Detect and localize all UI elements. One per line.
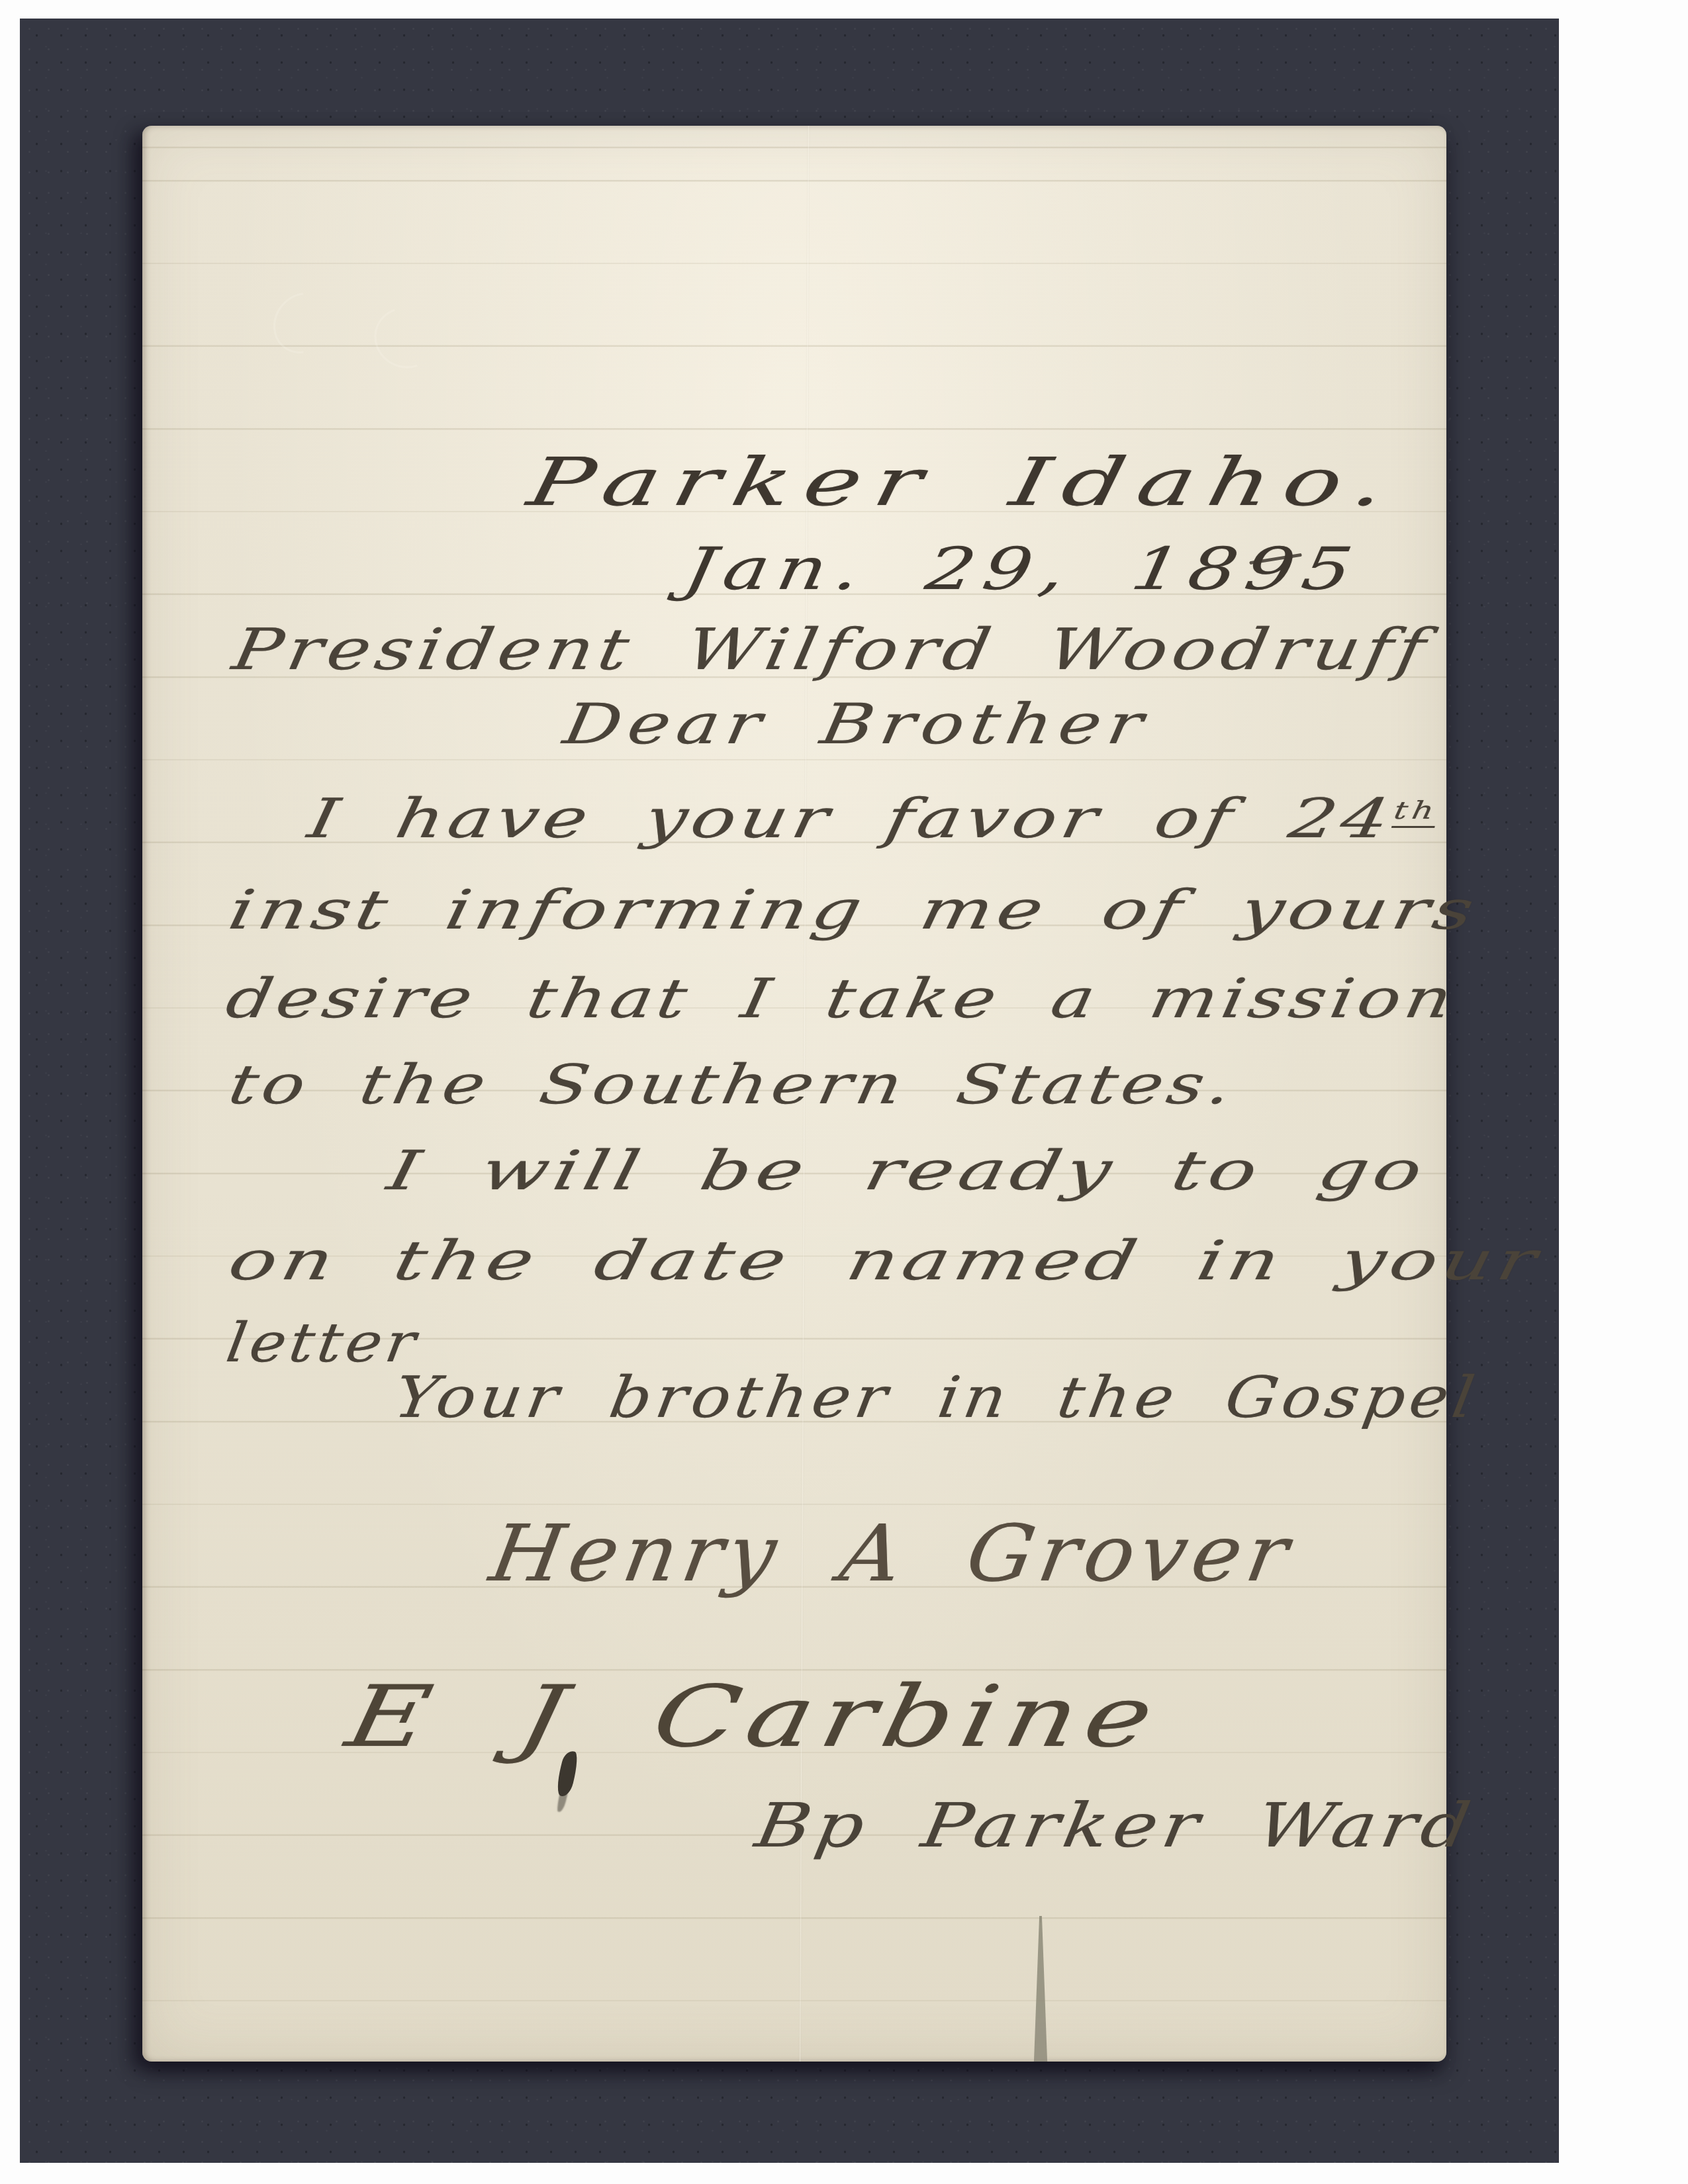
letter-line-addressee: President Wilford Woodruff [228, 617, 1435, 683]
letter-line-body: letter [222, 1312, 424, 1375]
superscript-th: th [1391, 796, 1440, 828]
letter-line-salutation: Dear Brother [559, 692, 1154, 756]
signature-e-j-carbine: E J Carbine [339, 1668, 1170, 1766]
letter-paper: Parker Idaho. Jan. 29, 1895 President Wi… [142, 126, 1446, 2062]
mat-background: Parker Idaho. Jan. 29, 1895 President Wi… [20, 19, 1559, 2163]
signature-henry-a-grover: Henry A Grover [484, 1508, 1300, 1599]
letter-line-body: desire that I take a mission [221, 968, 1461, 1030]
letter-line-date: Jan. 29, 1895 [679, 535, 1366, 603]
letter-line-body-text: I have your favor of 24 [303, 788, 1399, 850]
emboss-mark [275, 278, 473, 364]
letter-line-location: Parker Idaho. [522, 443, 1405, 521]
stain-streak [1033, 1916, 1049, 2062]
letter-line-body: inst informing me of yours [224, 879, 1483, 942]
scan-frame: Parker Idaho. Jan. 29, 1895 President Wi… [0, 0, 1688, 2184]
letter-line-body: to the Southern States. [224, 1054, 1241, 1116]
letter-line-body: on the date named in your [223, 1230, 1546, 1293]
letter-line-closing: Your brother in the Gospel [390, 1365, 1483, 1431]
letter-line-body: I will be ready to go [382, 1140, 1432, 1203]
signature-bp-parker-ward: Bp Parker Ward [751, 1790, 1480, 1861]
letter-line-body: I have your favor of 24th [303, 788, 1442, 850]
